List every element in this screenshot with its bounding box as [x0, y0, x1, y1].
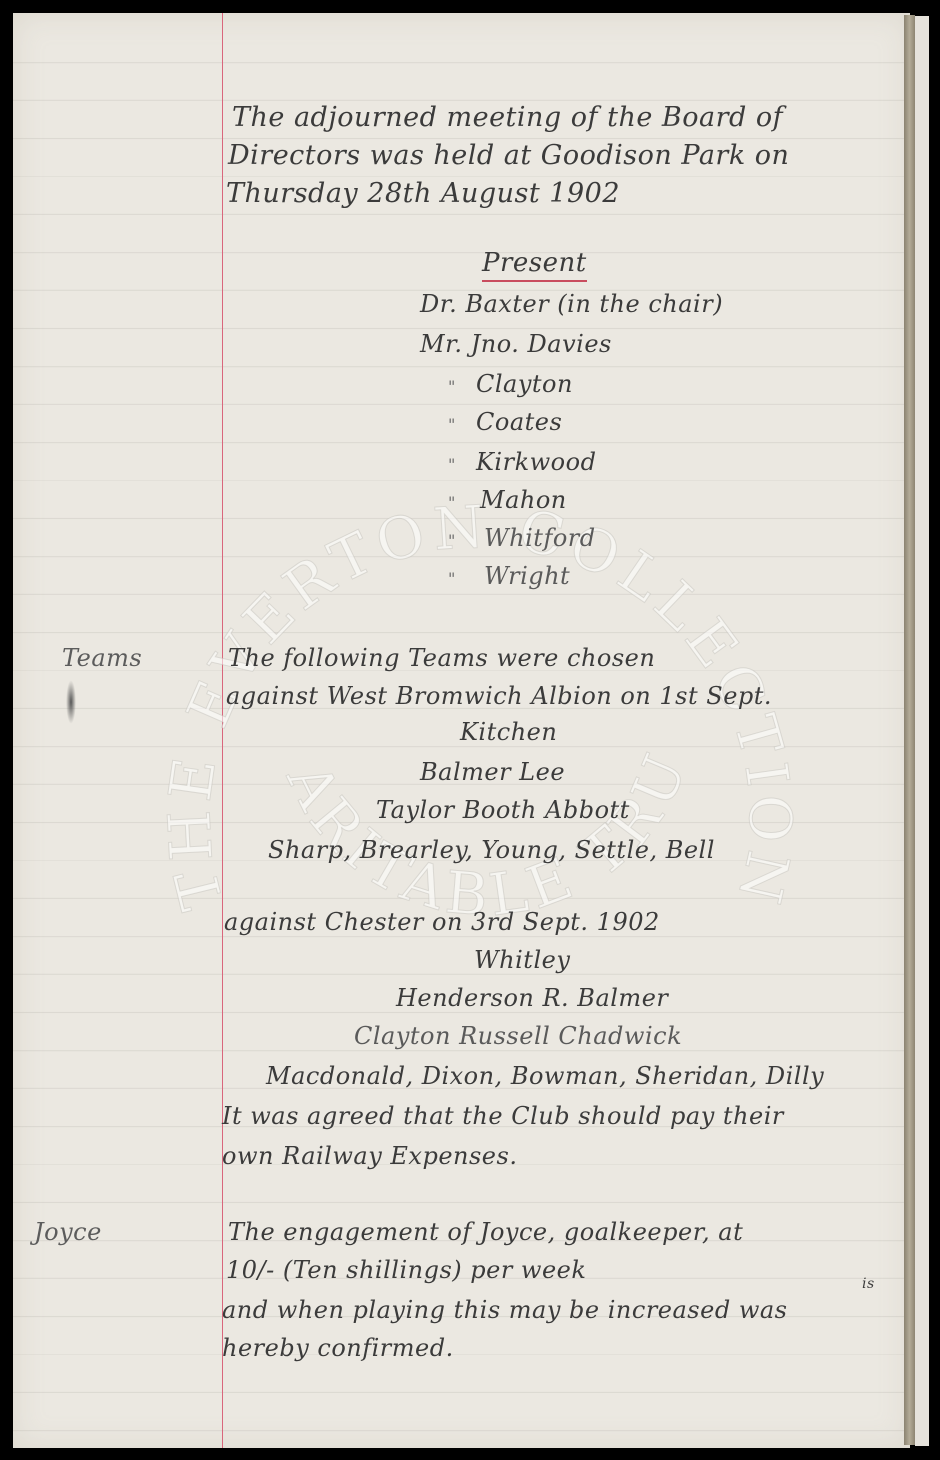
heading-line-3: Thursday 28th August 1902 — [226, 178, 620, 209]
joyce-line-4: hereby confirmed. — [222, 1334, 454, 1362]
attendee-row: Dr. Baxter (in the chair) — [420, 290, 723, 318]
team2-forwards: Macdonald, Dixon, Bowman, Sheridan, Dill… — [266, 1062, 824, 1090]
attendee-row: Mr. Jno. Davies — [420, 330, 612, 358]
attendee-name: Wright — [484, 562, 570, 590]
team1-halfbacks: Taylor Booth Abbott — [376, 796, 630, 824]
attendee-row: " Coates — [448, 408, 562, 436]
attendee-row: " Kirkwood — [448, 448, 596, 476]
expenses-note-line-1: It was agreed that the Club should pay t… — [222, 1102, 784, 1130]
team2-goalkeeper: Whitley — [474, 946, 570, 974]
attendee-name: Whitford — [484, 524, 596, 552]
ditto-mark: " — [448, 493, 456, 512]
ink-smudge — [66, 680, 76, 724]
joyce-insertion-mark: is — [862, 1276, 875, 1292]
facing-page-edge — [915, 16, 929, 1446]
attendee-row: " Clayton — [448, 370, 573, 398]
teams-intro-line-1: The following Teams were chosen — [228, 644, 655, 672]
team1-goalkeeper: Kitchen — [460, 718, 557, 746]
teams-intro-line-2: against West Bromwich Albion on 1st Sept… — [226, 682, 772, 710]
attendee-name: Jno. Davies — [471, 330, 612, 358]
expenses-note-line-2: own Railway Expenses. — [222, 1142, 517, 1170]
team1-forwards: Sharp, Brearley, Young, Settle, Bell — [268, 836, 715, 864]
attendee-row: " Wright — [448, 562, 570, 590]
heading-line-2: Directors was held at Goodison Park on — [228, 140, 789, 171]
red-margin-rule — [222, 13, 223, 1448]
attendee-row: " Mahon — [448, 486, 567, 514]
joyce-line-2: 10/- (Ten shillings) per week — [226, 1256, 586, 1284]
present-title: Present — [482, 248, 587, 282]
attendee-name: Mahon — [480, 486, 567, 514]
team1-backs: Balmer Lee — [420, 758, 565, 786]
attendee-name: Coates — [476, 408, 562, 436]
heading-line-1: The adjourned meeting of the Board of — [232, 102, 783, 133]
margin-label-teams: Teams — [62, 644, 142, 672]
team2-heading: against Chester on 3rd Sept. 1902 — [224, 908, 660, 936]
ditto-mark: " — [448, 377, 456, 396]
book-gutter — [904, 15, 915, 1445]
attendee-name: Clayton — [476, 370, 573, 398]
ditto-mark: " — [448, 531, 456, 550]
ditto-mark: " — [448, 415, 456, 434]
attendee-prefix: Mr. — [420, 330, 463, 358]
attendee-name: Baxter (in the chair) — [465, 290, 723, 318]
ditto-mark: " — [448, 455, 456, 474]
joyce-line-1: The engagement of Joyce, goalkeeper, at — [228, 1218, 743, 1246]
joyce-line-3: and when playing this may be increased w… — [222, 1296, 788, 1324]
attendee-row: " Whitford — [448, 524, 596, 552]
team2-halfbacks: Clayton Russell Chadwick — [354, 1022, 682, 1050]
attendee-prefix: Dr. — [420, 290, 457, 318]
attendee-name: Kirkwood — [476, 448, 596, 476]
team2-backs: Henderson R. Balmer — [396, 984, 668, 1012]
margin-label-joyce: Joyce — [34, 1218, 102, 1246]
ditto-mark: " — [448, 569, 456, 588]
